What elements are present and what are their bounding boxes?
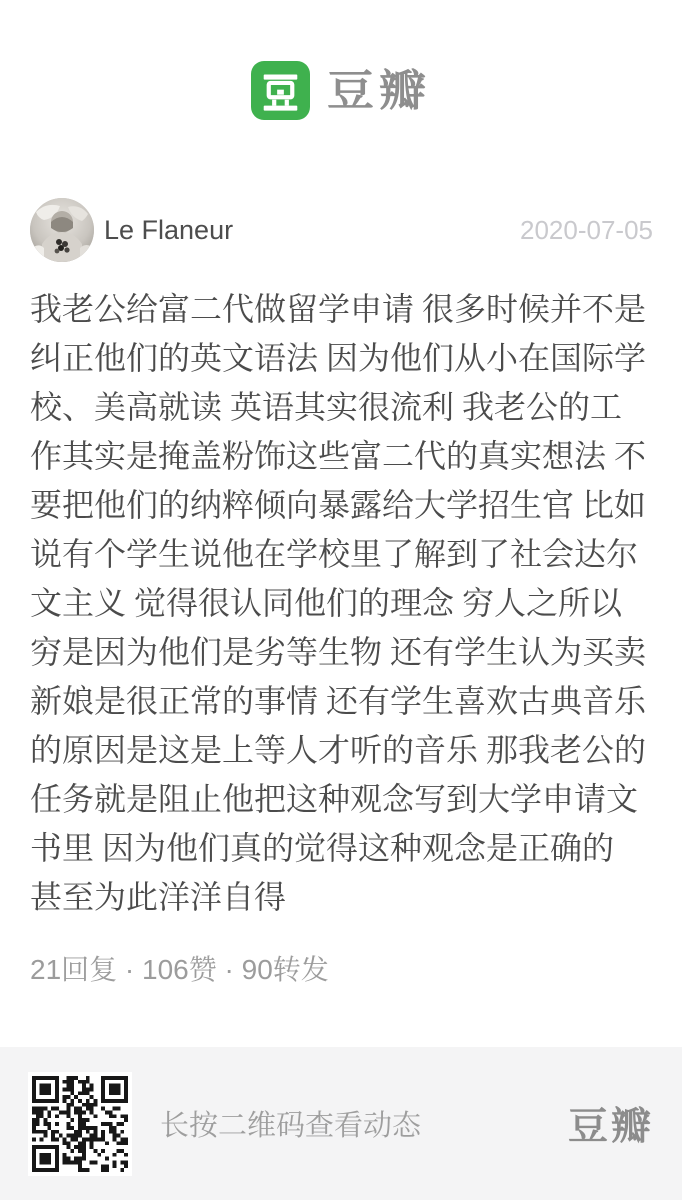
- douban-logo-glyph-icon: [257, 67, 304, 114]
- post-date: 2020-07-05: [520, 215, 653, 246]
- qr-code-image: [32, 1076, 128, 1172]
- user-row: Le Flaneur 2020-07-05: [30, 198, 653, 262]
- footer-tip: 长按二维码查看动态: [160, 1103, 421, 1144]
- post-stats: 21回复 · 106赞 · 90转发: [30, 950, 329, 990]
- brand-header: 豆瓣: [0, 61, 682, 120]
- douban-app-icon: [251, 61, 310, 120]
- username: Le Flaneur: [104, 215, 233, 246]
- brand-wordmark: 豆瓣: [327, 63, 431, 117]
- footer-brand-wordmark: 豆瓣: [568, 1096, 654, 1150]
- avatar: [30, 198, 94, 262]
- douban-share-card: 豆瓣: [0, 0, 682, 1200]
- footer: 长按二维码查看动态 豆瓣: [0, 1047, 682, 1200]
- post-body-text: 我老公给富二代做留学申请 很多时候并不是 纠正他们的英文语法 因为他们从小在国际…: [30, 285, 682, 922]
- avatar-image: [30, 198, 94, 262]
- qr-code[interactable]: [28, 1072, 132, 1176]
